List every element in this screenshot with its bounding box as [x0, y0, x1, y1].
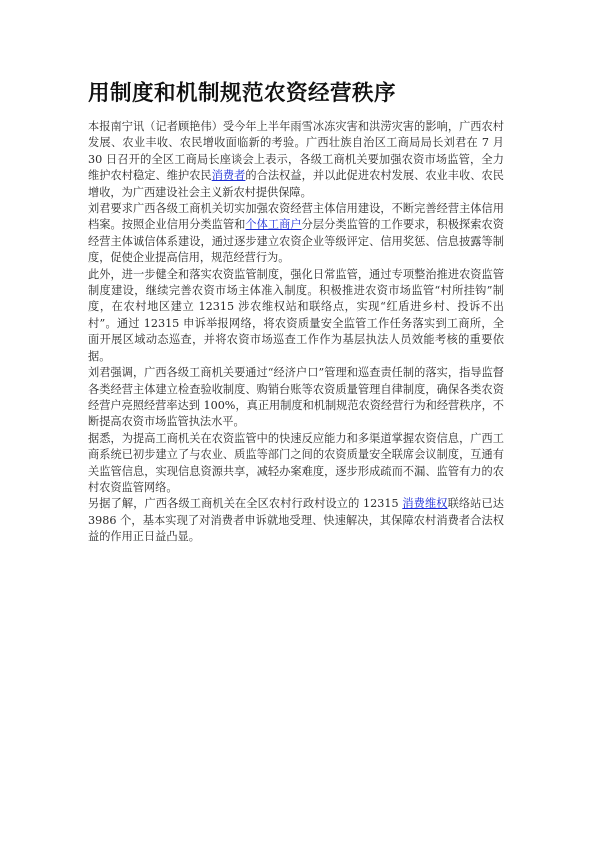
- article-body: 本报南宁讯（记者顾艳伟）受今年上半年雨雪冰冻灾害和洪涝灾害的影响，广西农村发展、…: [88, 119, 504, 546]
- paragraph: 刘君强调，广西各级工商机关要通过“经济户口”管理和巡查责任制的落实，指导监督各类…: [88, 365, 504, 431]
- article-title: 用制度和机制规范农资经营秩序: [88, 76, 528, 107]
- link-consumer[interactable]: 消费者: [212, 169, 246, 182]
- link-individual-business[interactable]: 个体工商户: [245, 218, 301, 231]
- paragraph: 刘君要求广西各级工商机关切实加强农资经营主体信用建设，不断完善经营主体信用档案。…: [88, 201, 504, 267]
- paragraph: 此外，进一步健全和落实农资监管制度，强化日常监管，通过专项整治推进农资监管制度建…: [88, 267, 504, 365]
- document-page: 用制度和机制规范农资经营秩序 本报南宁讯（记者顾艳伟）受今年上半年雨雪冰冻灾害和…: [0, 0, 595, 842]
- text-segment: 据悉，为提高工商机关在农资监管中的快速反应能力和多渠道掌握农资信息，广西工商系统…: [88, 432, 504, 494]
- text-segment: 此外，进一步健全和落实农资监管制度，强化日常监管，通过专项整治推进农资监管制度建…: [88, 268, 504, 363]
- link-consumer-rights[interactable]: 消费维权: [402, 497, 447, 510]
- paragraph: 本报南宁讯（记者顾艳伟）受今年上半年雨雪冰冻灾害和洪涝灾害的影响，广西农村发展、…: [88, 119, 504, 201]
- text-segment: 另据了解，广西各级工商机关在全区农村行政村设立的 12315: [88, 497, 402, 510]
- paragraph: 另据了解，广西各级工商机关在全区农村行政村设立的 12315 消费维权联络站已达…: [88, 496, 504, 545]
- text-segment: 刘君强调，广西各级工商机关要通过“经济户口”管理和巡查责任制的落实，指导监督各类…: [88, 366, 504, 428]
- paragraph: 据悉，为提高工商机关在农资监管中的快速反应能力和多渠道掌握农资信息，广西工商系统…: [88, 431, 504, 497]
